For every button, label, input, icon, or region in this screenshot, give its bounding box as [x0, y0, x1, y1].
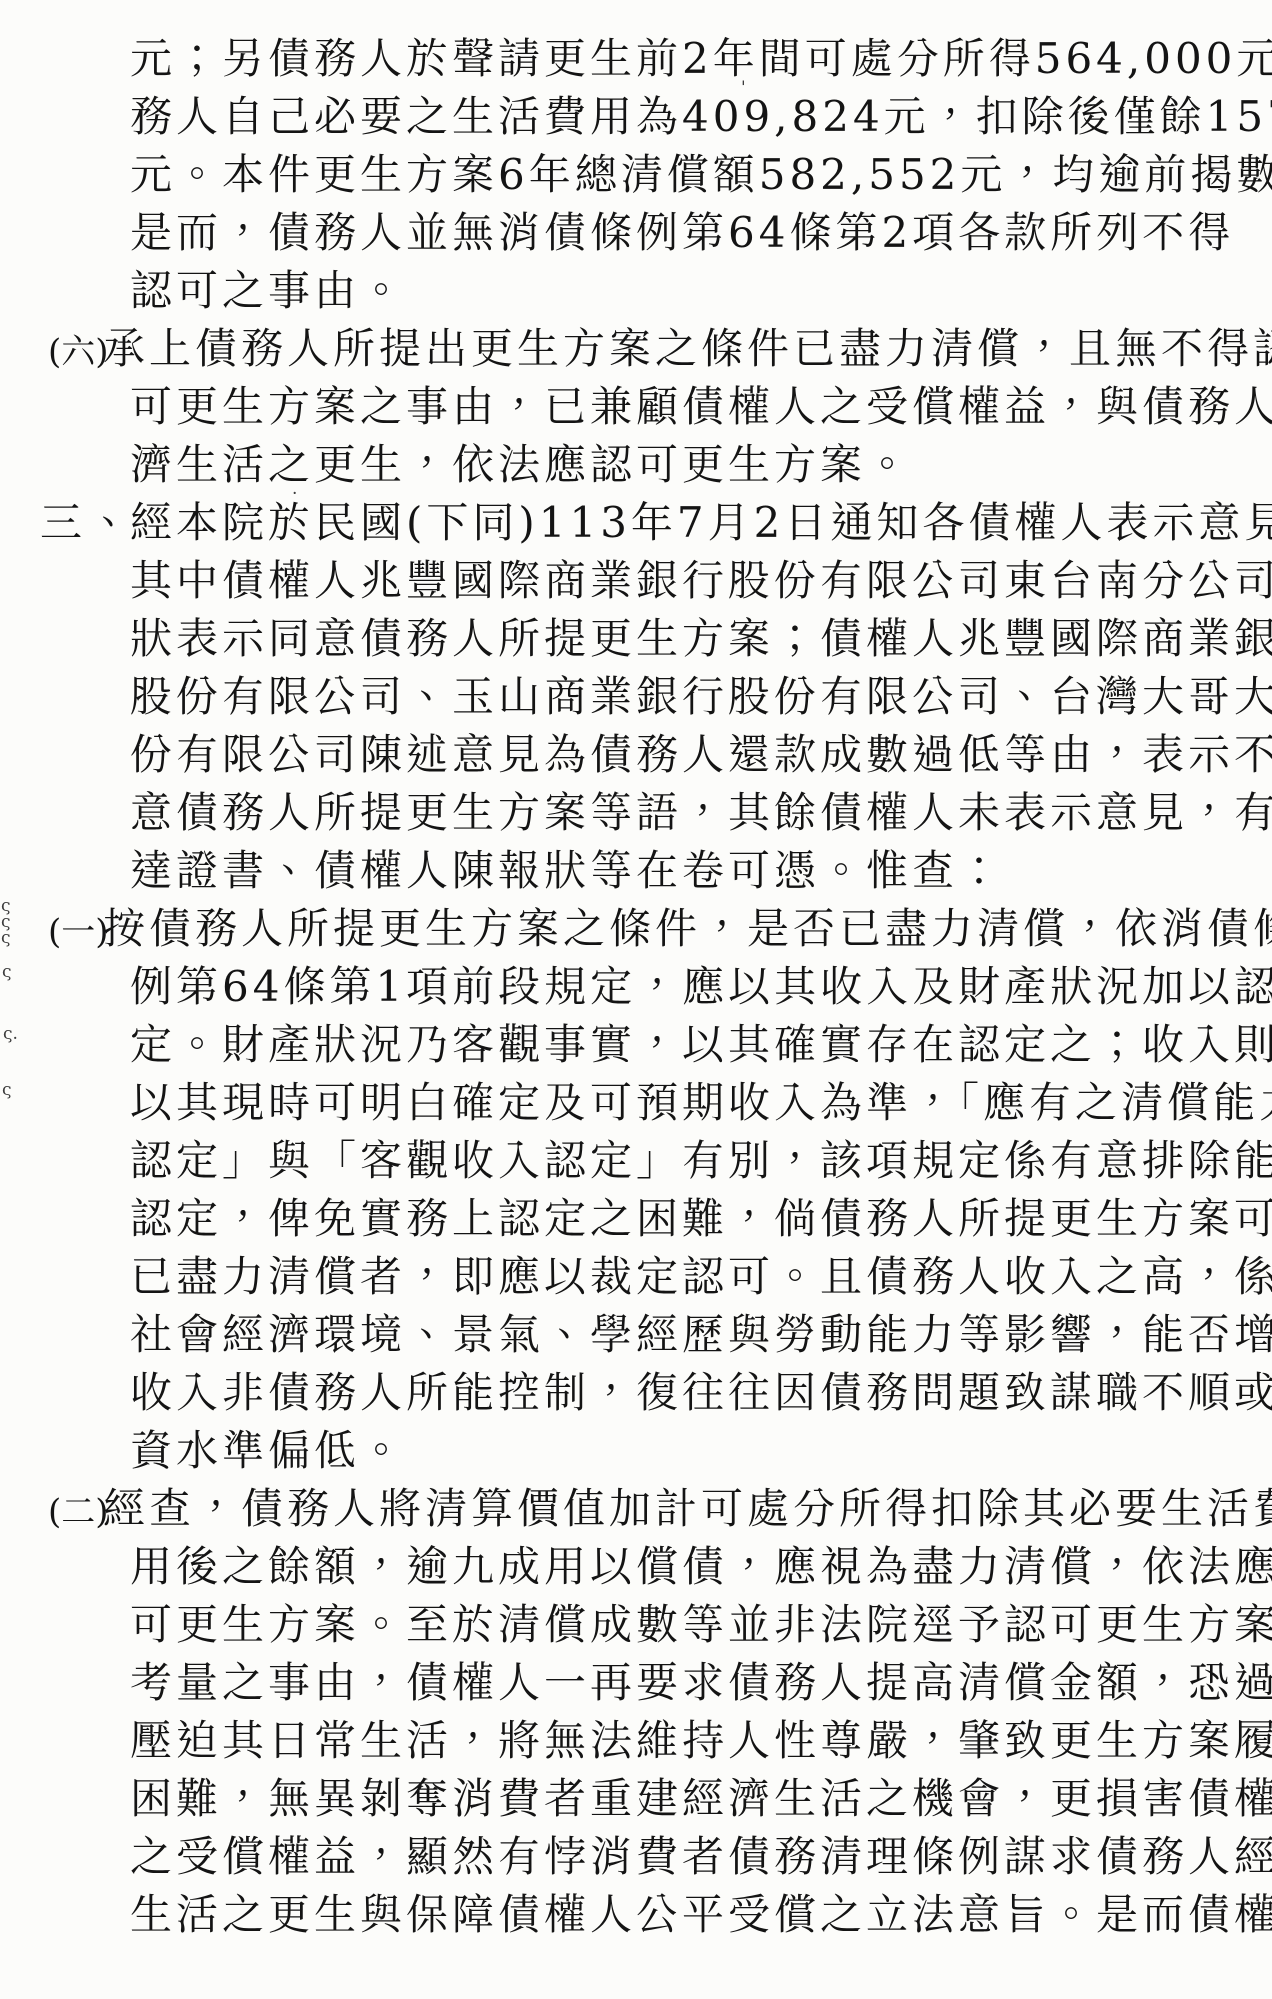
text-line: 考量之事由，債權人一再要求債務人提高清償金額，恐過度 — [0, 1654, 1272, 1712]
text-line: 是而，債務人並無消債條例第64條第2項各款所列不得 逕予 — [0, 204, 1272, 262]
text-line: 收入非債務人所能控制，復往往因債務問題致謀職不順或薪 — [0, 1364, 1272, 1422]
line-text: 狀表示同意債務人所提更生方案；債權人兆豐國際商業銀行 — [130, 614, 1272, 663]
line-text: 已盡力清償者，即應以裁定認可。且債務人收入之高，係受 — [130, 1252, 1272, 1301]
line-text: 按債務人所提更生方案之條件，是否已盡力清償，依消債條 — [103, 904, 1272, 953]
text-line: 元；另債務人於聲請更生前2年間可處分所得564,000元，債 — [0, 30, 1272, 88]
text-line: 可更生方案之事由，已兼顧債權人之受償權益，與債務人經 — [0, 378, 1272, 436]
line-text: 收入非債務人所能控制，復往往因債務問題致謀職不順或薪 — [130, 1368, 1272, 1417]
line-text: 壓迫其日常生活，將無法維持人性尊嚴，肇致更生方案履行 — [130, 1716, 1272, 1765]
text-line-item-1: (一)按債務人所提更生方案之條件，是否已盡力清償，依消債條 — [0, 900, 1272, 958]
text-line: 生活之更生與保障債權人公平受償之立法意旨。是而債權人 — [0, 1886, 1272, 1944]
text-line: 以其現時可明白確定及可預期收入為準，「應有之清償能力 — [0, 1074, 1272, 1132]
text-line: 例第64條第1項前段規定，應以其收入及財產狀況加以認 — [0, 958, 1272, 1016]
line-text: 可更生方案之事由，已兼顧債權人之受償權益，與債務人經 — [130, 382, 1272, 431]
list-marker: (一) — [48, 903, 103, 958]
line-text: 承上債務人所提出更生方案之條件已盡力清償，且無不得認 — [103, 324, 1272, 373]
text-line: 資水準偏低。 — [0, 1422, 1272, 1480]
text-line-item-6: (六)承上債務人所提出更生方案之條件已盡力清償，且無不得認 — [0, 320, 1272, 378]
text-line: 股份有限公司、玉山商業銀行股份有限公司、台灣大哥大股 — [0, 668, 1272, 726]
line-text: 認定，俾免實務上認定之困難，倘債務人所提更生方案可認 — [130, 1194, 1272, 1243]
line-text: 元。本件更生方案6年總清償額582,552元，均逾前揭數額。 — [130, 150, 1272, 199]
document-body: 元；另債務人於聲請更生前2年間可處分所得564,000元，債 務人自己必要之生活… — [0, 30, 1272, 1944]
text-line: 務人自己必要之生活費用為409,824元，扣除後僅餘157,176 — [0, 88, 1272, 146]
text-line: 社會經濟環境、景氣、學經歷與勞動能力等影響，能否增加 — [0, 1306, 1272, 1364]
line-text: 社會經濟環境、景氣、學經歷與勞動能力等影響，能否增加 — [130, 1310, 1272, 1359]
line-text: 以其現時可明白確定及可預期收入為準，「應有之清償能力 — [130, 1078, 1272, 1127]
text-line: 元。本件更生方案6年總清償額582,552元，均逾前揭數額。 — [0, 146, 1272, 204]
text-line: 其中債權人兆豐國際商業銀行股份有限公司東台南分公司具 — [0, 552, 1272, 610]
text-line: 達證書、債權人陳報狀等在卷可憑。惟查： — [0, 842, 1272, 900]
line-text: 用後之餘額，逾九成用以償債，應視為盡力清償，依法應認 — [130, 1542, 1272, 1591]
text-line: 之受償權益，顯然有悖消費者債務清理條例謀求債務人經濟 — [0, 1828, 1272, 1886]
line-text: 資水準偏低。 — [130, 1426, 406, 1475]
line-text: 認可之事由。 — [130, 266, 406, 315]
line-text: 生活之更生與保障債權人公平受償之立法意旨。是而債權人 — [130, 1890, 1272, 1939]
line-text: 定。財產狀況乃客觀事實，以其確實存在認定之；收入則係 — [130, 1020, 1272, 1069]
text-line: 意債務人所提更生方案等語，其餘債權人未表示意見，有送 — [0, 784, 1272, 842]
text-line-section-3: 三、經本院於民國(下同)113年7月2日通知各債權人表示意見， — [0, 494, 1272, 552]
text-line: 認定」與「客觀收入認定」有別，該項規定係有意排除能力 — [0, 1132, 1272, 1190]
text-line: 壓迫其日常生活，將無法維持人性尊嚴，肇致更生方案履行 — [0, 1712, 1272, 1770]
list-marker: (六) — [48, 323, 103, 378]
line-text: 股份有限公司、玉山商業銀行股份有限公司、台灣大哥大股 — [130, 672, 1272, 721]
text-line: 認定，俾免實務上認定之困難，倘債務人所提更生方案可認 — [0, 1190, 1272, 1248]
line-text: 認定」與「客觀收入認定」有別，該項規定係有意排除能力 — [130, 1136, 1272, 1185]
line-text: 例第64條第1項前段規定，應以其收入及財產狀況加以認 — [130, 962, 1272, 1011]
text-line: 定。財產狀況乃客觀事實，以其確實存在認定之；收入則係 — [0, 1016, 1272, 1074]
line-text: 經查，債務人將清算價值加計可處分所得扣除其必要生活費 — [103, 1484, 1272, 1533]
text-line: 可更生方案。至於清償成數等並非法院逕予認可更生方案應 — [0, 1596, 1272, 1654]
line-text: 是而，債務人並無消債條例第64條第2項各款所列不得 逕予 — [130, 208, 1272, 257]
text-line-item-2: (二)經查，債務人將清算價值加計可處分所得扣除其必要生活費 — [0, 1480, 1272, 1538]
text-line: 困難，無異剝奪消費者重建經濟生活之機會，更損害債權人 — [0, 1770, 1272, 1828]
text-line: 已盡力清償者，即應以裁定認可。且債務人收入之高，係受 — [0, 1248, 1272, 1306]
text-line: 認可之事由。 — [0, 262, 1272, 320]
text-line: 份有限公司陳述意見為債務人還款成數過低等由，表示不同 — [0, 726, 1272, 784]
document-page: ς ς ς ς ς. ς ' · ˏ 元；另債務人於聲請更生前2年間可處分所得5… — [0, 0, 1272, 1999]
list-marker: (二) — [48, 1483, 103, 1538]
line-text: 可更生方案。至於清償成數等並非法院逕予認可更生方案應 — [130, 1600, 1272, 1649]
line-text: 濟生活之更生，依法應認可更生方案。 — [130, 440, 912, 489]
line-text: 務人自己必要之生活費用為409,824元，扣除後僅餘157,176 — [130, 92, 1272, 141]
line-text: 其中債權人兆豐國際商業銀行股份有限公司東台南分公司具 — [130, 556, 1272, 605]
line-text: 份有限公司陳述意見為債務人還款成數過低等由，表示不同 — [130, 730, 1272, 779]
text-line: 用後之餘額，逾九成用以償債，應視為盡力清償，依法應認 — [0, 1538, 1272, 1596]
line-text: 之受償權益，顯然有悖消費者債務清理條例謀求債務人經濟 — [130, 1832, 1272, 1881]
line-text: 意債務人所提更生方案等語，其餘債權人未表示意見，有送 — [130, 788, 1272, 837]
text-line: 濟生活之更生，依法應認可更生方案。 — [0, 436, 1272, 494]
line-text: 經本院於民國(下同)113年7月2日通知各債權人表示意見， — [130, 498, 1272, 547]
text-line: 狀表示同意債務人所提更生方案；債權人兆豐國際商業銀行 — [0, 610, 1272, 668]
section-marker: 三、 — [40, 494, 130, 552]
line-text: 困難，無異剝奪消費者重建經濟生活之機會，更損害債權人 — [130, 1774, 1272, 1823]
line-text: 元；另債務人於聲請更生前2年間可處分所得564,000元，債 — [130, 34, 1272, 83]
line-text: 達證書、債權人陳報狀等在卷可憑。惟查： — [130, 846, 1004, 895]
line-text: 考量之事由，債權人一再要求債務人提高清償金額，恐過度 — [130, 1658, 1272, 1707]
